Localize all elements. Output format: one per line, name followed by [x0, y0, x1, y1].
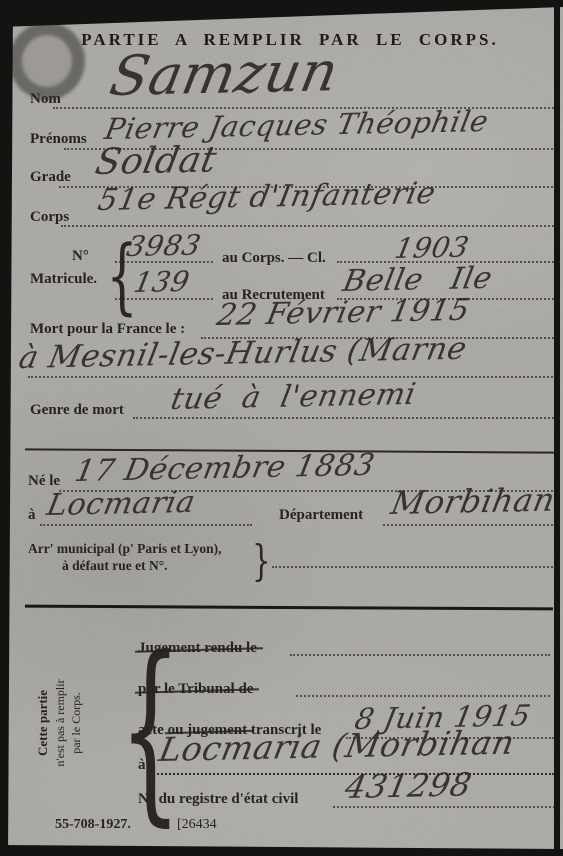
mort-lieu-text: Mesnil-les-Hurlus (Marne [45, 331, 469, 376]
matricule-label-line1: N° [72, 248, 89, 265]
nom-label: Nom [30, 91, 61, 108]
departement-value: Morbihan [388, 481, 558, 522]
genre-mort-label: Genre de mort [30, 402, 124, 419]
arrondissement-brace: } [252, 540, 271, 582]
classe-value: 1903 [392, 230, 472, 265]
naissance-lieu-value: Locmaria [44, 485, 198, 523]
mort-lieu-prefix: à [16, 340, 42, 376]
scan-edge-left [0, 0, 14, 856]
registre-value: 431298 [342, 765, 475, 806]
tribunal-label: par le Tribunal de [138, 681, 253, 698]
scanned-record-card: PARTIE A REMPLIR PAR LE CORPS. Nom Samzu… [0, 0, 563, 856]
acte-prefix: acte [138, 722, 164, 738]
genre-mort-line [133, 417, 557, 419]
au-corps-label: au Corps. — Cl. [222, 250, 326, 267]
transcription-lieu-label: à [138, 757, 146, 774]
departement-label: Département [279, 507, 363, 524]
mort-value: 22 Février 1915 [214, 293, 473, 333]
margin-note-line1: Cette partie [34, 634, 52, 812]
prenoms-value: Pierre Jacques Théophile [102, 104, 491, 146]
genre-mort-value: tué à l'ennemi [168, 377, 419, 417]
mort-lieu-line [28, 376, 557, 378]
registre-label: N° du registre d'état civil [138, 791, 298, 808]
matricule-corps-value: 3983 [124, 228, 204, 263]
naissance-lieu-label: à [28, 507, 36, 524]
transcription-lieu-value: Locmaria (Morbihan [156, 723, 518, 769]
jugement-label: Jugement rendu le [138, 640, 257, 657]
margin-note: Cette partie n'est pas à remplir par le … [34, 634, 84, 812]
matricule-recrutement-value: 139 [131, 265, 193, 299]
corps-line [61, 225, 557, 227]
naissance-lieu-line [40, 524, 252, 526]
arrondissement-label-line2: à défaut rue et N°. [62, 558, 168, 574]
ne-le-value: 17 Décembre 1883 [72, 448, 378, 489]
footer-imprint: 55-708-1927. [55, 817, 131, 833]
tribunal-line [296, 695, 550, 697]
jugement-line [290, 654, 550, 656]
mort-label: Mort pour la France le : [30, 321, 185, 338]
corps-label: Corps [30, 209, 69, 226]
margin-note-line3: par le Corps. [68, 634, 84, 812]
matricule-label-line2: Matricule. [30, 271, 97, 288]
registre-line [333, 806, 555, 808]
scan-edge-right [554, 0, 560, 856]
grade-label: Grade [30, 169, 71, 186]
corps-value: 51e Régt d'Infanterie [95, 176, 439, 218]
arrondissement-line [272, 566, 557, 568]
margin-note-line2: n'est pas à remplir [52, 634, 68, 812]
grade-value: Soldat [92, 139, 220, 183]
jugement-row: Jugement rendu le [138, 640, 257, 657]
footer-batch: [26434 [177, 817, 217, 833]
scan-edge-top [0, 0, 563, 28]
nom-value: Samzun [105, 39, 344, 108]
scan-edge-bottom [0, 844, 563, 856]
prenoms-label: Prénoms [30, 131, 87, 148]
departement-line [383, 524, 557, 526]
transcription-divider [25, 605, 553, 611]
arrondissement-label-line1: Arr' municipal (p' Paris et Lyon), [28, 541, 222, 557]
tribunal-row: par le Tribunal de [138, 681, 253, 698]
